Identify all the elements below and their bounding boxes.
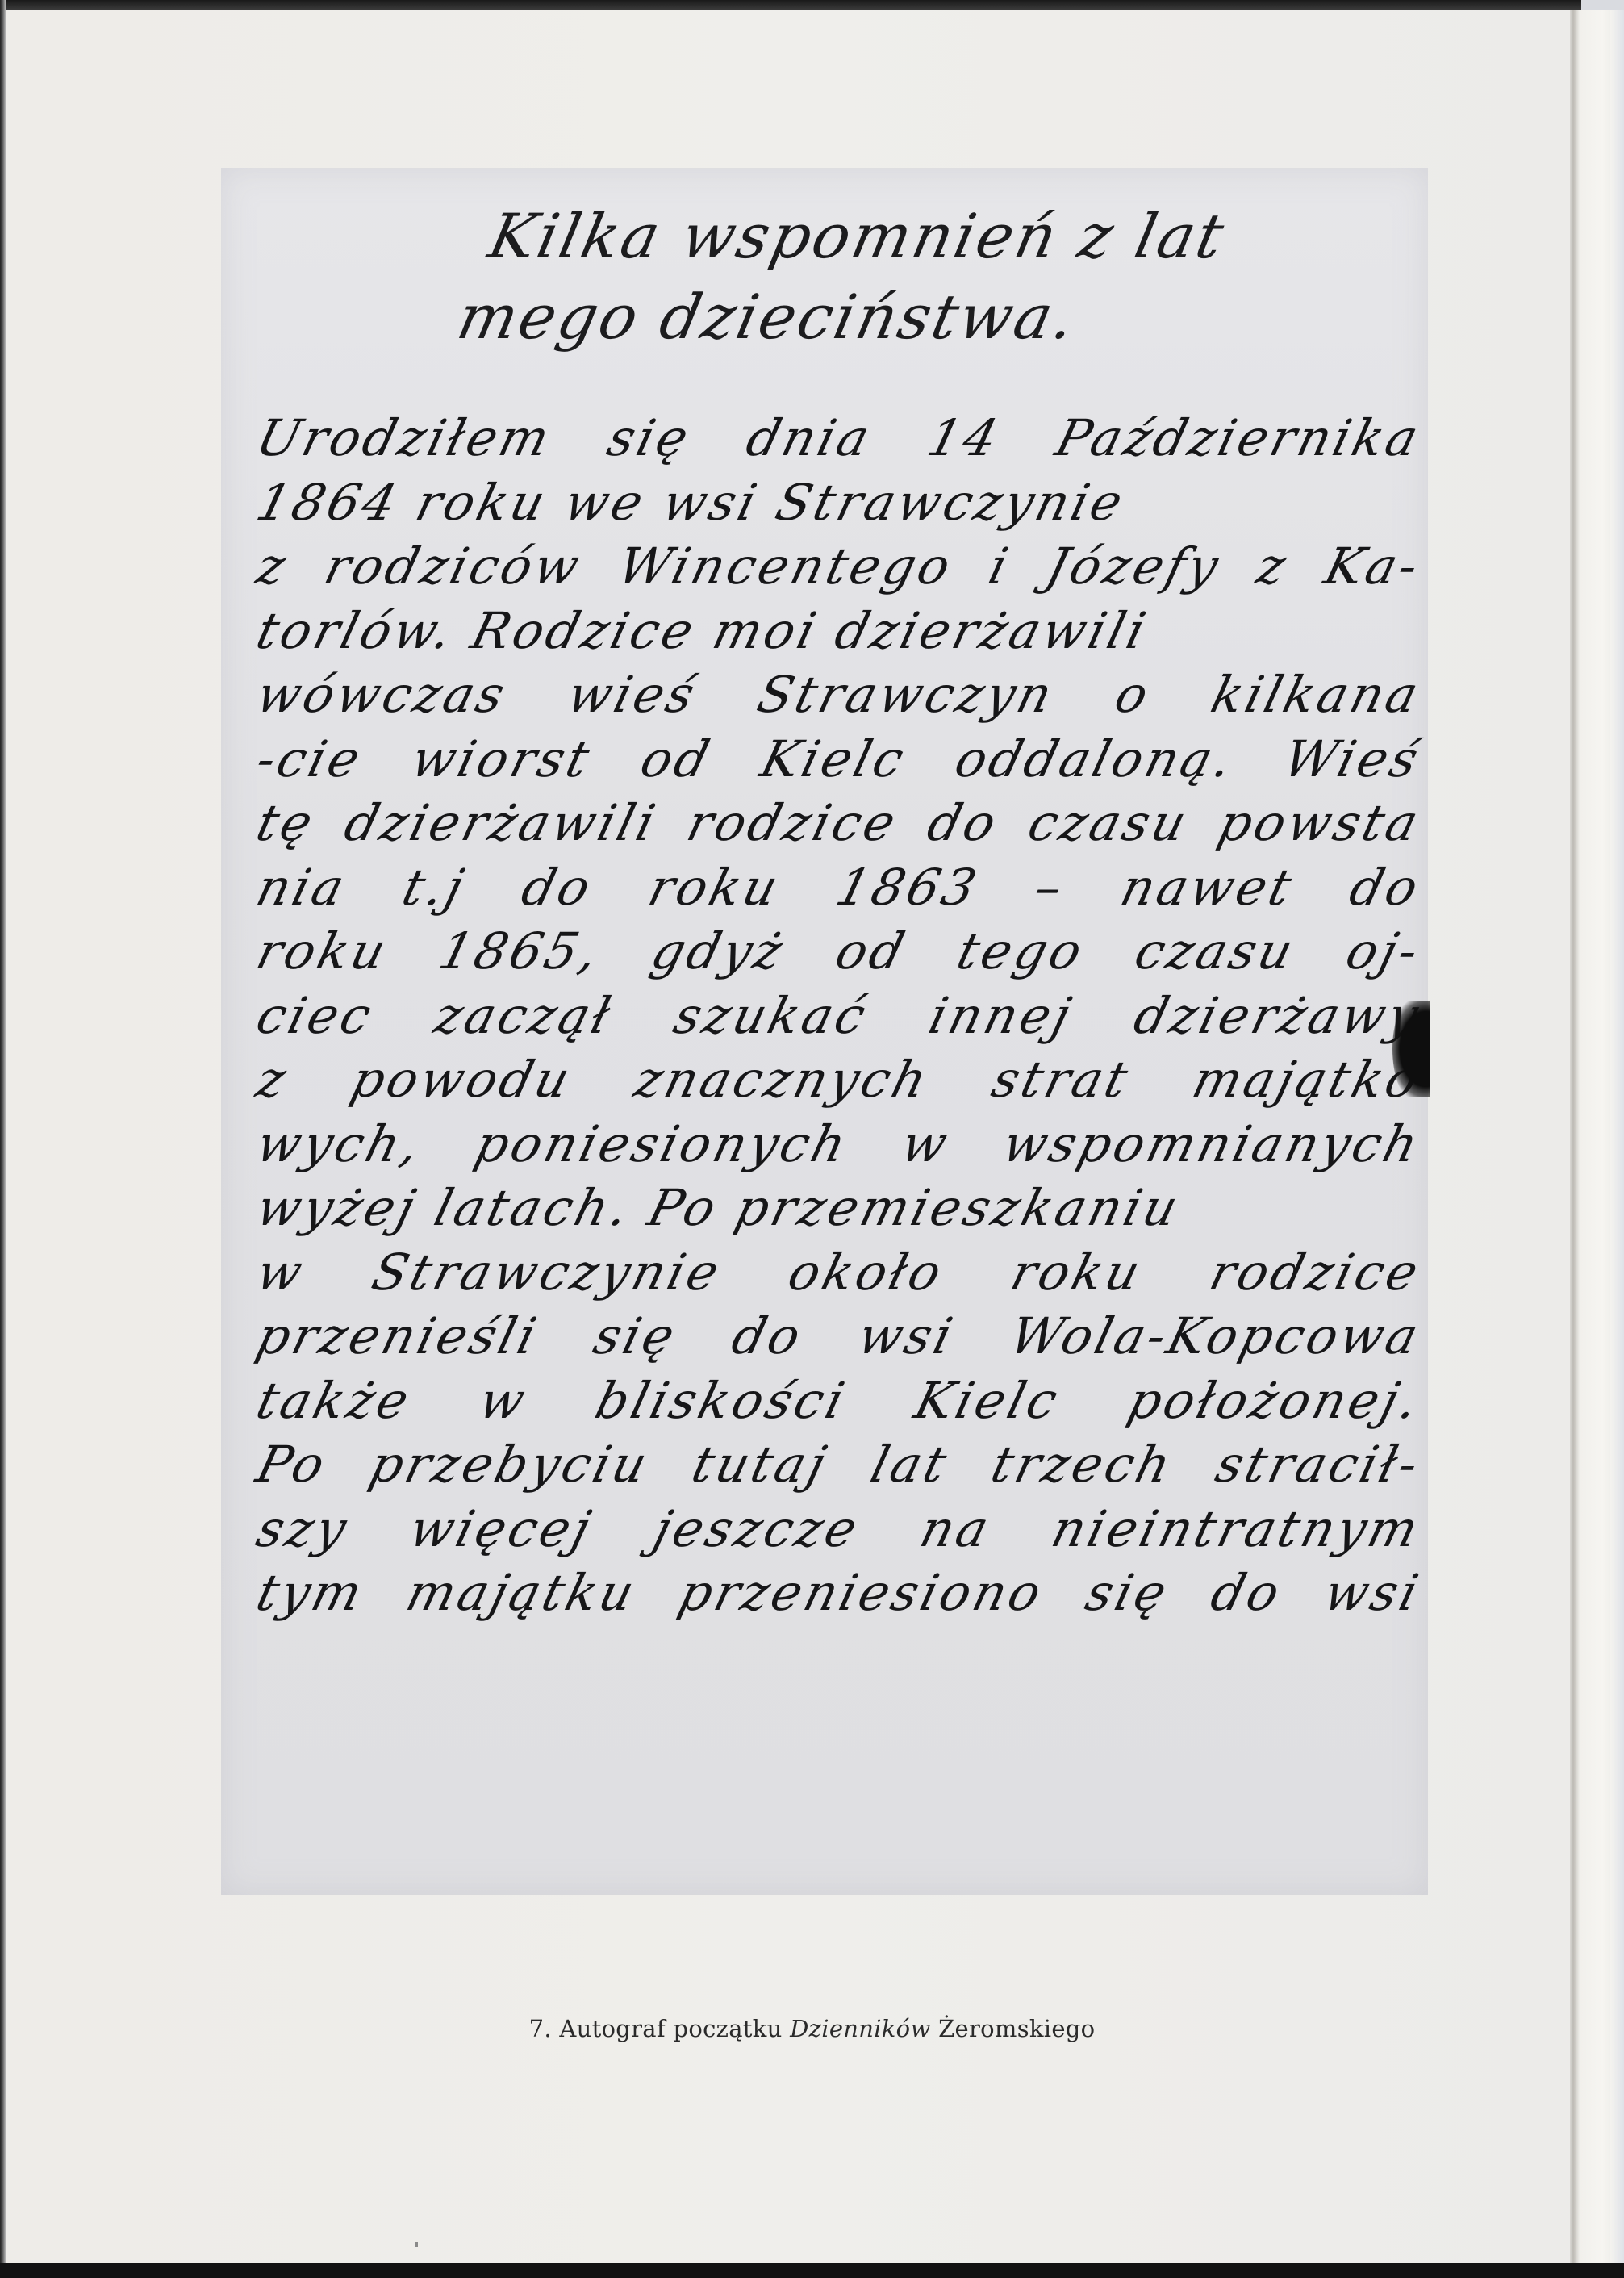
- manuscript-line: nia t.j do roku 1863 – nawet do: [250, 855, 1428, 920]
- manuscript-line: 1864 roku we wsi Strawczynie: [250, 470, 1428, 535]
- manuscript-line: przenieśli się do wsi Wola-Kopcowa: [250, 1304, 1428, 1369]
- figure-caption: 7. Autograf początku Dzienników Żeromski…: [0, 2015, 1624, 2042]
- caption-prefix: 7. Autograf początku: [529, 2015, 791, 2042]
- manuscript-line: roku 1865, gdyż od tego czasu oj-: [250, 919, 1428, 984]
- manuscript-title: Kilka wspomnień z lat mego dzieciństwa.: [204, 196, 1446, 357]
- manuscript-body: Urodziłem się dnia 14 Października 1864 …: [250, 406, 1412, 1625]
- manuscript-line: -cie wiorst od Kielc oddaloną. Wieś: [250, 727, 1428, 792]
- manuscript-title-line: Kilka wspomnień z lat: [221, 196, 1445, 277]
- manuscript-line: Urodziłem się dnia 14 Października: [250, 406, 1428, 470]
- manuscript-line: ciec zaczął szukać innej dzierżawy: [250, 984, 1428, 1048]
- scan-top-edge: [0, 0, 1581, 10]
- manuscript-line: także w bliskości Kielc położonej.: [250, 1369, 1428, 1433]
- adjacent-page-edge: [1570, 10, 1624, 2263]
- manuscript-line: tę dzierżawili rodzice do czasu powsta: [250, 791, 1428, 855]
- scan-left-edge: [0, 0, 6, 2278]
- manuscript-title-line: mego dzieciństwa.: [204, 277, 1428, 357]
- manuscript-line: torlów. Rodzice moi dzierżawili: [250, 599, 1428, 663]
- manuscript-line: w Strawczynie około roku rodzice: [250, 1240, 1428, 1305]
- manuscript-line: z rodziców Wincentego i Józefy z Ka-: [250, 534, 1428, 599]
- caption-suffix: Żeromskiego: [931, 2015, 1096, 2042]
- manuscript-line: szy więcej jeszcze na nieintratnym: [250, 1497, 1428, 1561]
- caption-italic-title: Dzienników: [790, 2015, 930, 2042]
- manuscript-line: wówczas wieś Strawczyn o kilkana: [250, 663, 1428, 727]
- manuscript-line: tym majątku przeniesiono się do wsi: [250, 1561, 1428, 1625]
- manuscript-line: z powodu znacznych strat majątko: [250, 1047, 1428, 1112]
- dust-speck: [415, 2242, 418, 2247]
- manuscript-line: wyżej latach. Po przemieszkaniu: [250, 1176, 1428, 1240]
- manuscript-facsimile: Kilka wspomnień z lat mego dzieciństwa. …: [221, 168, 1428, 1895]
- scan-bottom-edge: [0, 2263, 1624, 2278]
- manuscript-line: Po przebyciu tutaj lat trzech stracił-: [250, 1432, 1428, 1497]
- manuscript-line: wych, poniesionych w wspomnianych: [250, 1112, 1428, 1177]
- ink-blot: [1392, 1001, 1430, 1097]
